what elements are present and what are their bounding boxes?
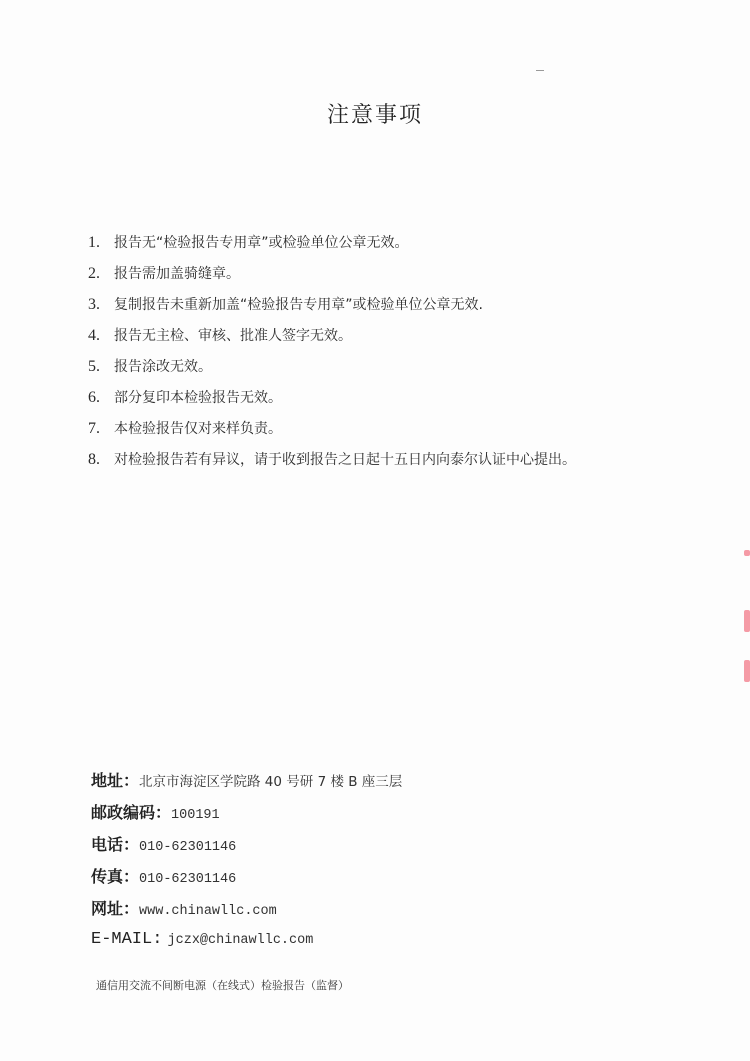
postcode-value: 100191 xyxy=(171,808,220,823)
note-item: 3.复制报告未重新加盖“检验报告专用章”或检验单位公章无效. xyxy=(88,294,576,325)
fax-row: 传真： 010-62301146 xyxy=(91,864,402,896)
email-row: E-MAIL: jczx@chinawllc.com xyxy=(91,928,402,960)
email-label: E-MAIL: xyxy=(91,930,162,949)
fax-value: 010-62301146 xyxy=(139,872,236,887)
note-item: 5.报告涂改无效。 xyxy=(88,356,576,387)
report-footer: 通信用交流不间断电源（在线式）检验报告（监督） xyxy=(96,977,349,993)
email-value: jczx@chinawllc.com xyxy=(168,933,314,948)
website-row: 网址： www.chinawllc.com xyxy=(91,896,402,928)
note-item: 6.部分复印本检验报告无效。 xyxy=(88,387,576,418)
note-item: 4.报告无主检、审核、批准人签字无效。 xyxy=(88,325,576,356)
fax-label: 传真： xyxy=(91,864,139,887)
note-item: 1.报告无“检验报告专用章”或检验单位公章无效。 xyxy=(88,232,576,263)
phone-label: 电话： xyxy=(91,832,139,855)
note-item: 7.本检验报告仅对来样负责。 xyxy=(88,418,576,449)
postcode-label: 邮政编码： xyxy=(91,800,171,823)
phone-row: 电话： 010-62301146 xyxy=(91,832,402,864)
address-value: 北京市海淀区学院路 40 号研 7 楼 B 座三层 xyxy=(139,770,402,790)
seal-stamp-fragment xyxy=(744,550,750,556)
notes-list: 1.报告无“检验报告专用章”或检验单位公章无效。 2.报告需加盖骑缝章。 3.复… xyxy=(88,232,576,480)
website-value: www.chinawllc.com xyxy=(139,904,277,919)
page-title: 注意事项 xyxy=(0,98,750,129)
phone-value: 010-62301146 xyxy=(139,840,236,855)
postcode-row: 邮政编码： 100191 xyxy=(91,800,402,832)
website-label: 网址： xyxy=(91,896,139,919)
seal-stamp-fragment xyxy=(744,610,750,632)
seal-stamp-fragment xyxy=(744,660,750,682)
contact-block: 地址： 北京市海淀区学院路 40 号研 7 楼 B 座三层 邮政编码： 1001… xyxy=(91,768,402,960)
address-row: 地址： 北京市海淀区学院路 40 号研 7 楼 B 座三层 xyxy=(91,768,402,800)
document-page: 注意事项 1.报告无“检验报告专用章”或检验单位公章无效。 2.报告需加盖骑缝章… xyxy=(0,0,750,1061)
note-item: 8.对检验报告若有异议，请于收到报告之日起十五日内向泰尔认证中心提出。 xyxy=(88,449,576,480)
address-label: 地址： xyxy=(91,768,139,791)
scan-speck xyxy=(536,70,544,71)
note-item: 2.报告需加盖骑缝章。 xyxy=(88,263,576,294)
